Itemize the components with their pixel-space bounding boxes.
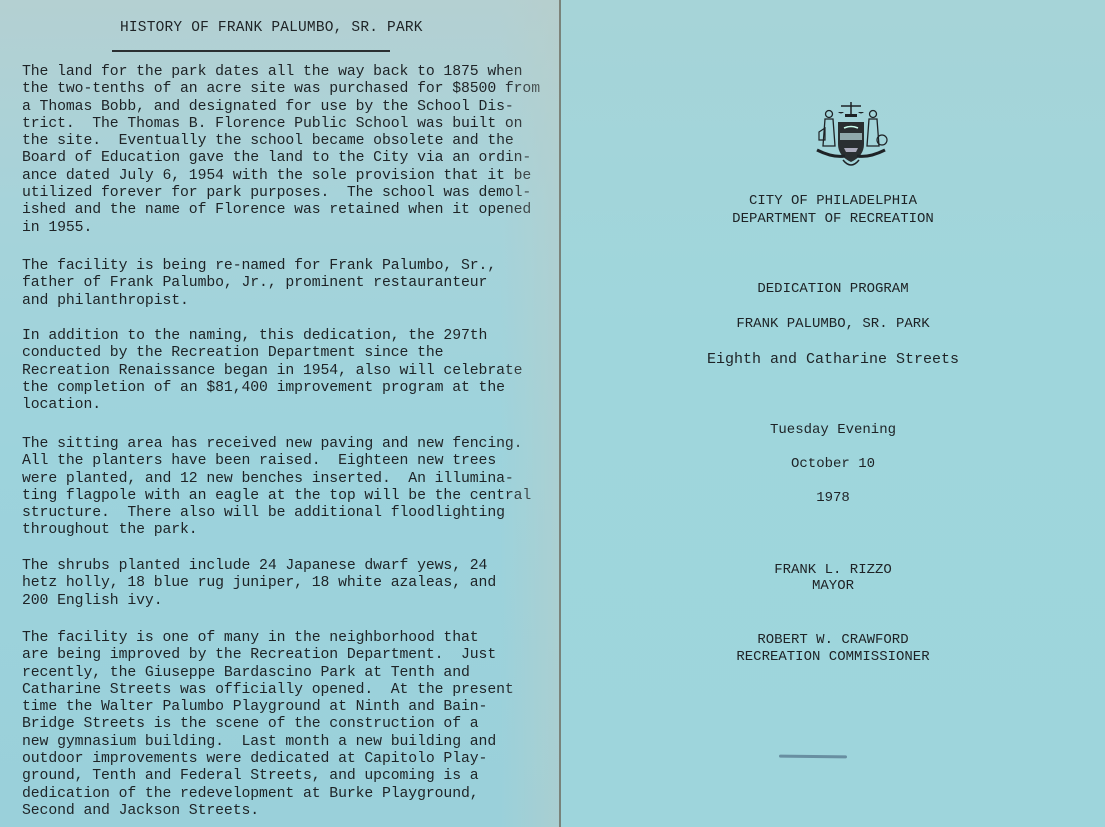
history-paragraph-origin: The land for the park dates all the way …	[22, 64, 547, 237]
park-name: FRANK PALUMBO, SR. PARK	[561, 316, 1105, 332]
history-paragraph-neighborhood: The facility is one of many in the neigh…	[22, 630, 547, 820]
history-paragraph-renaming: The facility is being re-named for Frank…	[22, 258, 547, 310]
history-paragraph-shrubs: The shrubs planted include 24 Japanese d…	[22, 558, 547, 610]
event-year: 1978	[561, 490, 1105, 506]
park-location: Eighth and Catharine Streets	[561, 351, 1105, 368]
mayor-name: FRANK L. RIZZO	[561, 562, 1105, 578]
event-day: Tuesday Evening	[561, 422, 1105, 438]
commissioner-name: ROBERT W. CRAWFORD	[561, 632, 1105, 648]
event-date: October 10	[561, 456, 1105, 472]
city-seal-icon	[813, 100, 889, 172]
program-title: DEDICATION PROGRAM	[561, 281, 1105, 297]
history-title: HISTORY OF FRANK PALUMBO, SR. PARK	[120, 20, 423, 36]
title-underline	[112, 50, 390, 52]
left-page: HISTORY OF FRANK PALUMBO, SR. PARK The l…	[0, 0, 560, 827]
commissioner-title: RECREATION COMMISSIONER	[561, 649, 1105, 665]
mayor-title: MAYOR	[561, 578, 1105, 594]
org-department-name: DEPARTMENT OF RECREATION	[561, 211, 1105, 227]
org-city-name: CITY OF PHILADELPHIA	[561, 193, 1105, 209]
program-spread: HISTORY OF FRANK PALUMBO, SR. PARK The l…	[0, 0, 1105, 827]
history-paragraph-dedication: In addition to the naming, this dedicati…	[22, 328, 547, 414]
history-paragraph-improvements: The sitting area has received new paving…	[22, 436, 547, 540]
